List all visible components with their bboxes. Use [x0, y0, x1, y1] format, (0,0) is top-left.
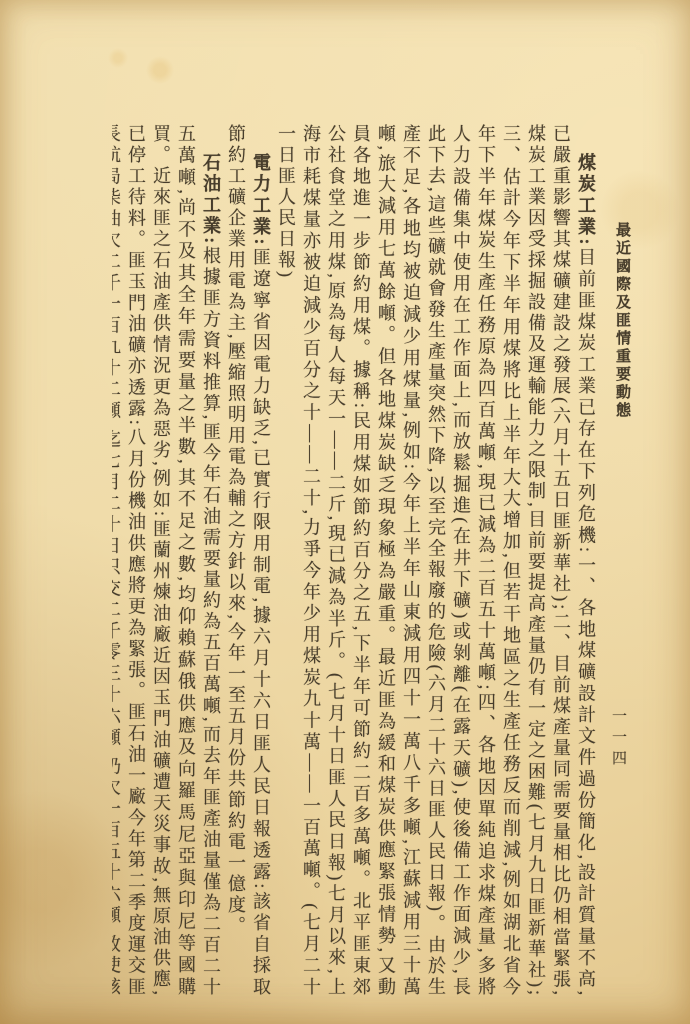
document-body: 煤炭工業:目前匪煤炭工業已存在下列危機:一、各地煤礦設計文件過份簡化,設計質量不… [112, 124, 598, 998]
page-number: 一一四 [608, 708, 629, 771]
section-header-electric: 電力工業: [251, 153, 271, 247]
side-title: 最近國際及匪情重要動態 [612, 222, 633, 420]
section-header-coal: 煤炭工業: [576, 153, 596, 247]
section-text-petroleum: 根據匪方資料推算,匪今年石油需要量約為五百萬噸,而去年匪產油量僅為二百二十五萬噸… [112, 124, 221, 998]
paragraph-petroleum-industry: 石油工業:根據匪方資料推算,匪今年石油需要量約為五百萬噸,而去年匪產油量僅為二百… [112, 124, 223, 998]
paragraph-electric-industry: 電力工業:匪遼寧省因電力缺乏,已實行限用制電,據六月十六日匪人民日報透露:該省自… [223, 124, 273, 998]
scanned-page: 最近國際及匪情重要動態 一一四 煤炭工業:目前匪煤炭工業已存在下列危機:一、各地… [0, 0, 690, 1024]
section-text-coal: 目前匪煤炭工業已存在下列危機:一、各地煤礦設計文件過份簡化,設計質量不高,已嚴重… [276, 124, 596, 998]
section-text-electric: 匪遼寧省因電力缺乏,已實行限用制電,據六月十六日匪人民日報透露:該省自採取節約工… [226, 124, 271, 998]
paragraph-coal-industry: 煤炭工業:目前匪煤炭工業已存在下列危機:一、各地煤礦設計文件過份簡化,設計質量不… [273, 124, 598, 998]
section-header-petroleum: 石油工業: [201, 153, 221, 246]
